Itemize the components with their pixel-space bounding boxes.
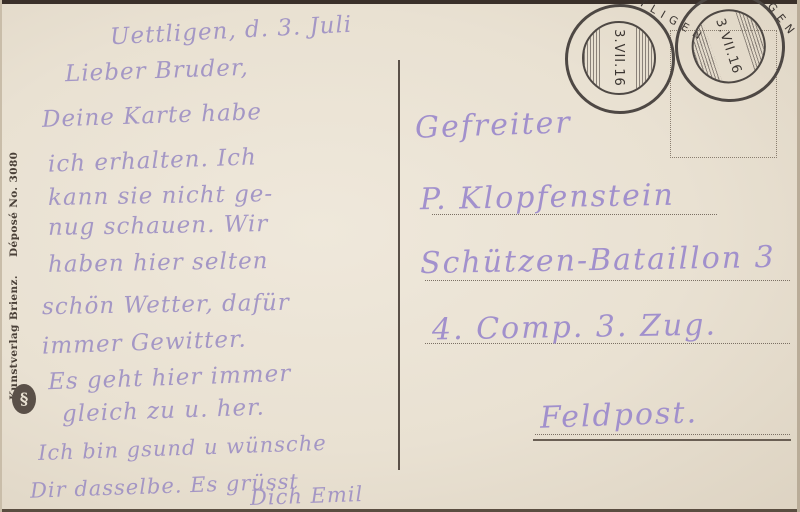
message-line: Ich bin gsund u wünsche	[38, 431, 327, 465]
message-line: immer Gewitter.	[42, 326, 248, 359]
address-line-2	[425, 280, 790, 281]
publisher-name: Kunstverlag Brienz.	[8, 275, 20, 400]
message-line: nug schauen. Wir	[48, 211, 269, 241]
address-company: 4. Comp. 3. Zug.	[432, 308, 718, 348]
publisher-imprint: Kunstverlag Brienz. Déposé No. 3080	[8, 130, 20, 400]
address-name: P. Klopfenstein	[420, 178, 675, 217]
postmark-center: 3.VII.16	[582, 21, 656, 95]
center-divider	[398, 60, 400, 470]
card-edge-top	[0, 0, 800, 4]
address-destination: Feldpost.	[539, 395, 698, 435]
card-edge-left	[0, 0, 2, 512]
signature: Dich Emil	[250, 482, 364, 510]
message-line: Es geht hier immer	[48, 361, 292, 395]
message-line: gleich zu u. her.	[62, 394, 266, 427]
message-line: ich erhalten. Ich	[48, 144, 258, 177]
address-rank: Gefreiter	[414, 105, 572, 145]
message-line: Deine Karte habe	[42, 99, 263, 133]
postmark: UETTLIGEN 3.VII.16	[565, 4, 675, 114]
postcard-back: Kunstverlag Brienz. Déposé No. 3080 § UE…	[0, 0, 800, 512]
address-underline	[533, 439, 791, 441]
publisher-logo-icon: §	[12, 384, 36, 414]
postmark-date: 3.VII.16	[584, 23, 654, 93]
message-line: kann sie nicht ge-	[48, 181, 274, 211]
postmark-date: 3.VII.16	[685, 2, 773, 90]
postmark-center: 3.VII.16	[682, 0, 775, 93]
address-unit: Schützen-Bataillon 3	[420, 240, 776, 281]
message-line: Lieber Bruder,	[65, 55, 250, 87]
message-line: Uettligen, d. 3. Juli	[109, 12, 352, 51]
message-line: schön Wetter, dafür	[42, 290, 290, 320]
depose-number: Déposé No. 3080	[8, 152, 20, 257]
message-line: haben hier selten	[48, 248, 269, 278]
